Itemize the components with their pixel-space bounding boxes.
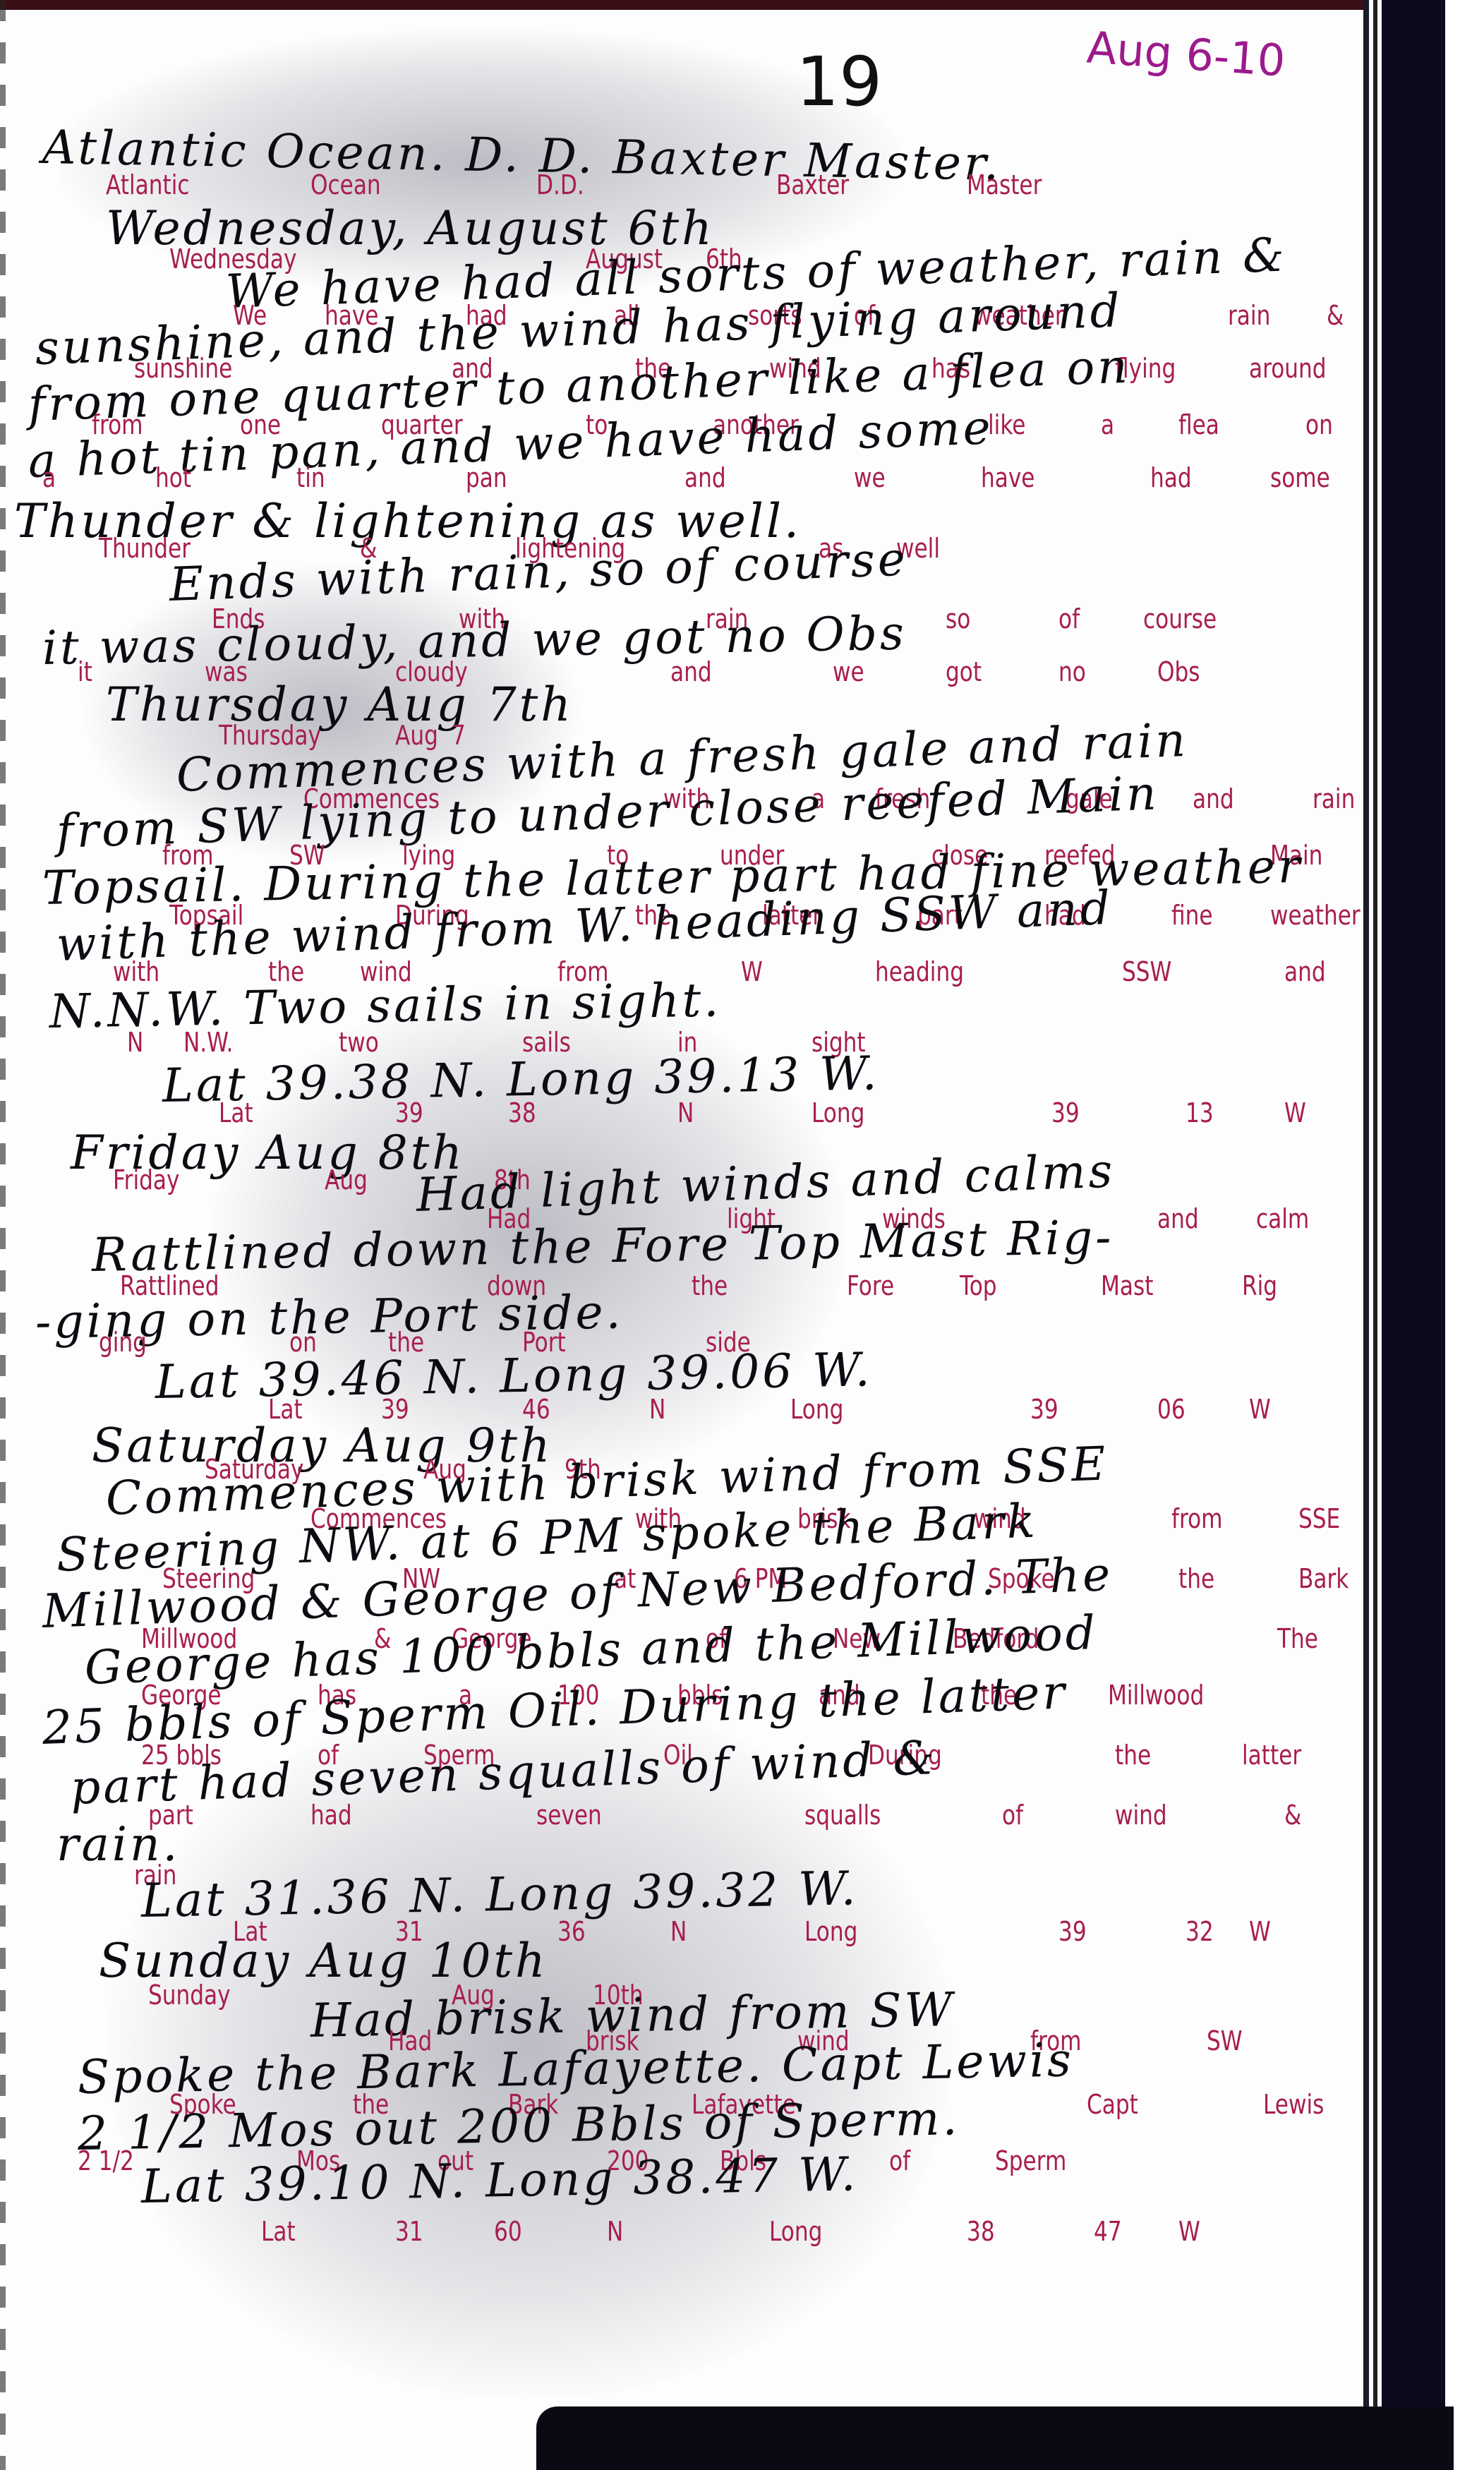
transcription-word: Atlantic [106, 169, 190, 200]
transcription-word: no [1058, 656, 1086, 687]
transcription-word: flea [1178, 409, 1219, 440]
transcription-word: heading [875, 956, 964, 987]
transcription-word: Friday [113, 1164, 179, 1195]
transcription-word: the [1115, 1740, 1151, 1771]
transcription-word: tin [296, 462, 325, 493]
transcription-word: Top [960, 1270, 997, 1301]
transcription-word: wind [1115, 1800, 1167, 1831]
transcription-word: so [946, 603, 970, 634]
page-bottom-edge [536, 2406, 1454, 2470]
transcription-word: had [310, 1800, 352, 1831]
binding-edge [1373, 0, 1377, 2470]
date-range-annotation: Aug 6-10 [1085, 21, 1287, 86]
transcription-word: Obs [1157, 656, 1200, 687]
transcription-word: N [670, 1916, 687, 1947]
transcription-word: Long [790, 1394, 843, 1425]
transcription-word: 47 [1094, 2216, 1122, 2247]
transcription-word: rain [1228, 300, 1270, 331]
journal-page: 19 Aug 6-10 Atlantic Ocean. D. D. Baxter… [0, 0, 1484, 2470]
transcription-word: D.D. [536, 169, 584, 200]
transcription-word: we [833, 656, 864, 687]
book-spine [1382, 0, 1445, 2470]
transcription-word: the [1178, 1563, 1214, 1594]
transcription-word: Lat [219, 1097, 253, 1128]
transcription-word: of [1058, 603, 1080, 634]
transcription-word: the [692, 1270, 728, 1301]
transcription-word: Fore [847, 1270, 894, 1301]
transcription-word: 36 [557, 1916, 586, 1947]
transcription-word: fine [1171, 900, 1213, 931]
transcription-word: two [339, 1027, 379, 1058]
transcription-word: on [1305, 409, 1333, 440]
transcription-word: 31 [395, 2216, 423, 2247]
transcription-word: rain [1313, 783, 1355, 814]
transcription-word: it [78, 656, 92, 687]
transcription-word: Mast [1101, 1270, 1153, 1301]
transcription-word: and [1193, 783, 1234, 814]
transcription-word: 38 [508, 1097, 536, 1128]
transcription-word: W [741, 956, 763, 987]
transcription-word: 60 [494, 2216, 522, 2247]
transcription-word: Baxter [776, 169, 849, 200]
transcription-word: Long [804, 1916, 857, 1947]
transcription-word: W [1178, 2216, 1200, 2247]
transcription-word: had [1150, 462, 1192, 493]
transcription-word: squalls [804, 1800, 881, 1831]
transcription-word: Long [812, 1097, 864, 1128]
transcription-word: have [981, 462, 1034, 493]
transcription-word: pan [466, 462, 507, 493]
transcription-word: Lewis [1263, 2089, 1324, 2120]
page-top-edge [0, 0, 1369, 10]
transcription-word: SSW [1122, 956, 1171, 987]
transcription-word: 39 [1051, 1097, 1080, 1128]
transcription-word: Lat [261, 2216, 296, 2247]
transcription-word: Long [769, 2216, 822, 2247]
transcription-word: of [889, 2145, 910, 2176]
transcription-word: N [649, 1394, 665, 1425]
transcription-word: 39 [1030, 1394, 1058, 1425]
transcription-word: ging [99, 1327, 147, 1358]
transcription-word: some [1270, 462, 1330, 493]
transcription-word: 13 [1186, 1097, 1214, 1128]
transcription-word: calm [1256, 1203, 1309, 1234]
transcription-word: and [684, 462, 726, 493]
transcription-word: and [670, 656, 712, 687]
transcription-word: 39 [395, 1097, 423, 1128]
transcription-word: Sperm [995, 2145, 1066, 2176]
transcription-word: Bark [1298, 1563, 1349, 1594]
transcription-word: N [607, 2216, 623, 2247]
page-number: 19 [796, 42, 882, 121]
transcription-word: W [1249, 1394, 1271, 1425]
transcription-word: from [1171, 1503, 1223, 1534]
transcription-word: like [988, 409, 1025, 440]
transcription-word: 06 [1157, 1394, 1186, 1425]
transcription-word: SSE [1298, 1503, 1340, 1534]
transcription-word: & [1284, 1800, 1301, 1831]
transcription-word: The [1277, 1623, 1318, 1654]
transcription-word: course [1143, 603, 1217, 634]
transcription-word: Capt [1087, 2089, 1138, 2120]
transcription-word: seven [536, 1800, 602, 1831]
page-margin-outside [1445, 0, 1484, 2470]
transcription-word: 39 [1058, 1916, 1087, 1947]
transcription-word: SW [1207, 2025, 1243, 2056]
transcription-word: Sunday [148, 1980, 231, 2011]
transcription-word: Rig [1242, 1270, 1277, 1301]
transcription-word: N [677, 1097, 694, 1128]
transcription-word: Millwood [1108, 1680, 1204, 1711]
page-left-edge [0, 0, 6, 2470]
transcription-word: and [1284, 956, 1326, 987]
transcription-word: 2 1/2 [78, 2145, 134, 2176]
transcription-word: hot [155, 462, 191, 493]
transcription-word: Ocean [310, 169, 381, 200]
transcription-word: weather [1270, 900, 1361, 931]
transcription-word: 38 [967, 2216, 995, 2247]
transcription-word: of [1002, 1800, 1023, 1831]
transcription-word: latter [1242, 1740, 1301, 1771]
transcription-word: a [1101, 409, 1114, 440]
transcription-word: W [1284, 1097, 1306, 1128]
transcription-word: Aug [325, 1164, 368, 1195]
transcription-word: N [127, 1027, 143, 1058]
transcription-word: & [1327, 300, 1344, 331]
transcription-word: Master [967, 169, 1042, 200]
handwritten-line: Thursday Aug 7th [106, 677, 574, 732]
transcription-word: we [854, 462, 886, 493]
transcription-word: a [42, 462, 56, 493]
transcription-word: got [946, 656, 982, 687]
transcription-word: N.W. [183, 1027, 233, 1058]
transcription-word: 32 [1186, 1916, 1214, 1947]
binding-edge [1363, 0, 1369, 2470]
transcription-word: W [1249, 1916, 1271, 1947]
transcription-word: around [1249, 353, 1327, 384]
transcription-word: and [1157, 1203, 1199, 1234]
